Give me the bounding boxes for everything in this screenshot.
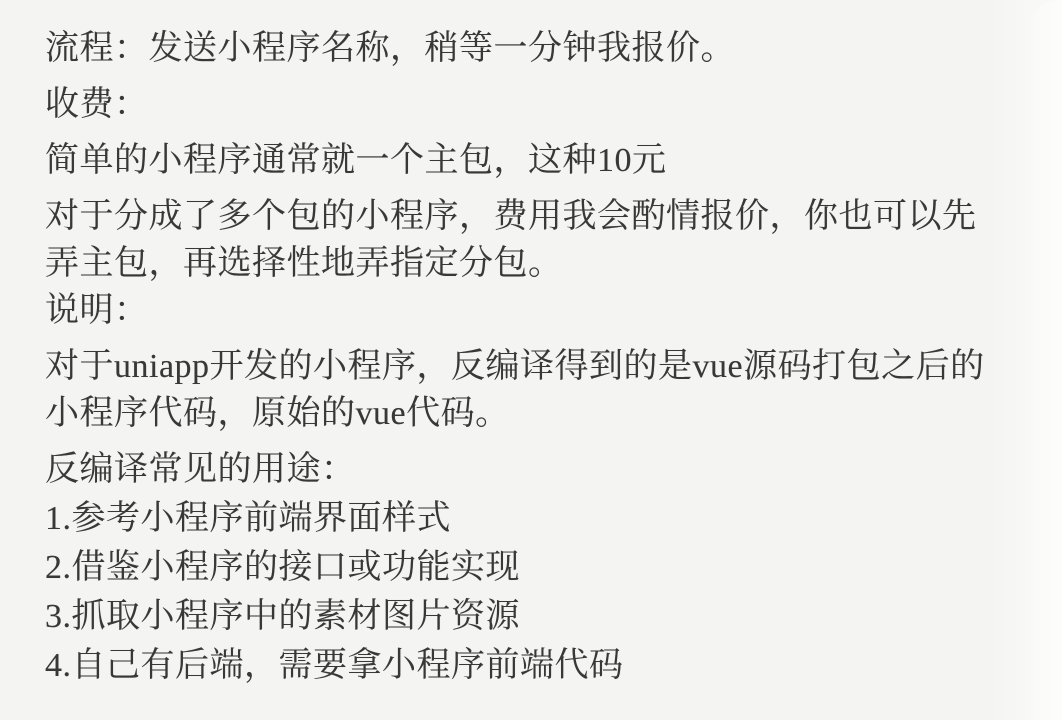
text-line-fee-simple: 简单的小程序通常就一个主包，这种10元 xyxy=(45,137,1032,184)
text-line-fee-heading: 收费： xyxy=(45,81,1032,128)
text-line-usage-item-3: 3.抓取小程序中的素材图片资源 xyxy=(45,593,1032,640)
document-page: 流程：发送小程序名称，稍等一分钟我报价。 收费： 简单的小程序通常就一个主包，这… xyxy=(0,0,1062,720)
text-line-usage-item-2: 2.借鉴小程序的接口或功能实现 xyxy=(45,544,1032,591)
document-body: 流程：发送小程序名称，稍等一分钟我报价。 收费： 简单的小程序通常就一个主包，这… xyxy=(45,25,1032,689)
text-line-usage-item-1: 1.参考小程序前端界面样式 xyxy=(45,495,1032,542)
text-line-uniapp-2: 小程序代码，原始的vue代码。 xyxy=(45,390,1032,437)
text-line-fee-multi-1: 对于分成了多个包的小程序，费用我会酌情报价，你也可以先 xyxy=(45,193,1032,240)
text-line-note-heading: 说明： xyxy=(45,287,1032,334)
text-line-usage-heading: 反编译常见的用途： xyxy=(45,446,1032,493)
text-line-uniapp-1: 对于uniapp开发的小程序，反编译得到的是vue源码打包之后的 xyxy=(45,343,1032,390)
text-line-usage-item-4: 4.自己有后端，需要拿小程序前端代码 xyxy=(45,642,1032,689)
text-line-fee-multi-2: 弄主包，再选择性地弄指定分包。 xyxy=(45,240,1032,287)
screenshot-root: { "content": { "lines": [ "流程：发送小程序名称，稍等… xyxy=(0,0,1062,720)
text-line-process: 流程：发送小程序名称，稍等一分钟我报价。 xyxy=(45,25,1032,72)
